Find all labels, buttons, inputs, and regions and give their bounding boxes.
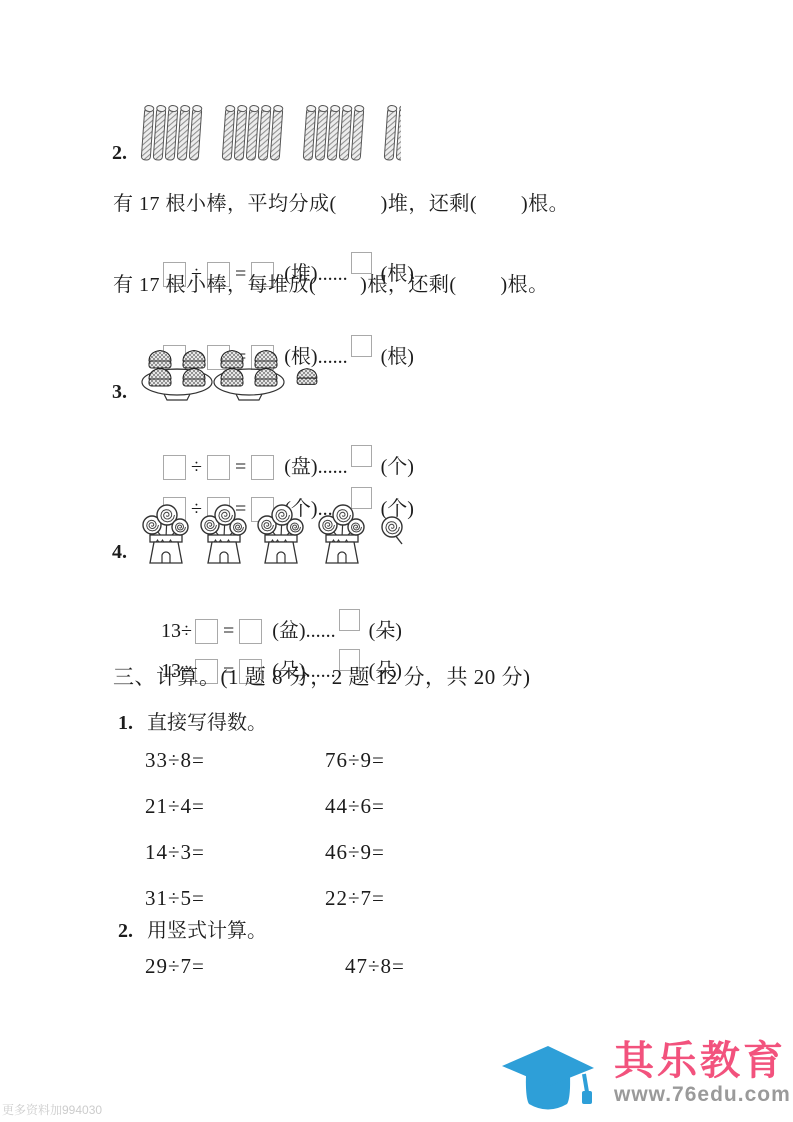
burgers-illustration bbox=[141, 346, 333, 404]
division-problem: 29÷7= bbox=[145, 954, 345, 979]
watermark-note: 更多资料加994030 bbox=[2, 1101, 102, 1118]
division-problem: 33÷8= bbox=[145, 748, 325, 773]
remainder-box[interactable] bbox=[351, 335, 372, 357]
question-number-3: 3. bbox=[112, 381, 127, 404]
item-2-number: 2. bbox=[118, 920, 133, 942]
question-2-text-2: 有 17 根小棒，每堆放( )根，还剩( )根。 bbox=[113, 268, 549, 297]
item-2-text: 用竖式计算。 bbox=[147, 920, 267, 942]
question-2-text-1: 有 17 根小棒，平均分成( )堆，还剩( )根。 bbox=[113, 187, 569, 216]
division-problem: 47÷8= bbox=[345, 954, 405, 979]
question-number-2: 2. bbox=[112, 142, 127, 165]
division-problem: 44÷6= bbox=[325, 794, 385, 819]
division-problem: 14÷3= bbox=[145, 840, 325, 865]
vertical-calculation-grid: 29÷7= 47÷8= bbox=[145, 954, 405, 979]
question-number-4: 4. bbox=[112, 541, 127, 564]
division-problem: 31÷5= bbox=[145, 886, 325, 911]
section-heading: 三、计算。(1 题 8 分，2 题 12 分，共 20 分) bbox=[113, 661, 531, 691]
division-problem: 46÷9= bbox=[325, 840, 385, 865]
item-2-label: 2.用竖式计算。 bbox=[118, 914, 267, 943]
division-problem: 76÷9= bbox=[325, 748, 385, 773]
direct-calculation-grid: 33÷8= 76÷9= 21÷4= 44÷6= 14÷3= 46÷9= 31÷5… bbox=[145, 748, 385, 911]
item-1-label: 1.直接写得数。 bbox=[118, 706, 267, 735]
brand-logo: 其乐教育 www.76edu.com bbox=[496, 1034, 791, 1116]
item-1-number: 1. bbox=[118, 712, 133, 734]
brand-url: www.76edu.com bbox=[614, 1083, 791, 1107]
division-problem: 21÷4= bbox=[145, 794, 325, 819]
item-1-text: 直接写得数。 bbox=[147, 712, 267, 734]
remainder-unit: (根) bbox=[381, 346, 414, 368]
brand-name: 其乐教育 bbox=[614, 1040, 791, 1082]
graduation-cap-icon bbox=[496, 1034, 602, 1116]
worksheet-page: 2. 有 17 根小棒，平均分成( )堆，还剩( )根。 ÷=(堆)......… bbox=[0, 0, 793, 1122]
brand-text: 其乐教育 www.76edu.com bbox=[614, 1034, 791, 1107]
sticks-illustration bbox=[139, 98, 401, 165]
flowers-illustration bbox=[133, 497, 413, 567]
division-problem: 22÷7= bbox=[325, 886, 385, 911]
